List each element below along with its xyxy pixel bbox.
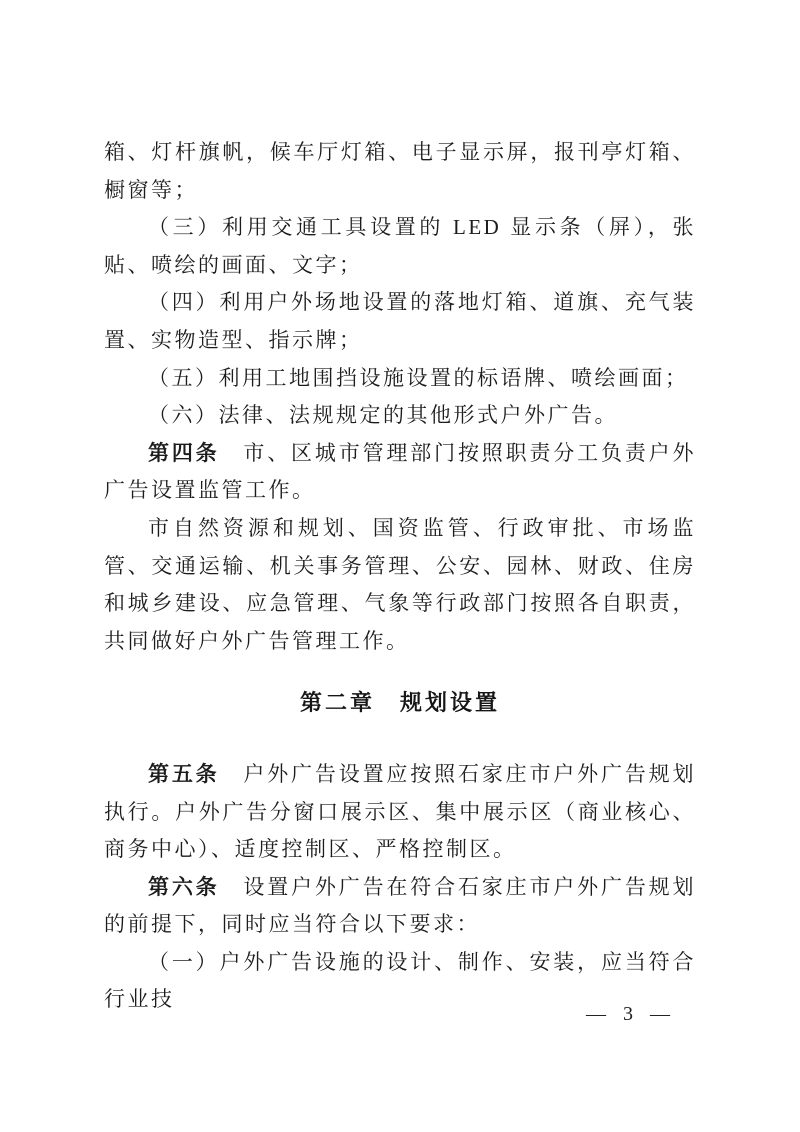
article-4-number: 第四条 (148, 442, 220, 465)
paragraph-continuation: 箱、灯杆旗帆，候车厅灯箱、电子显示屏，报刊亭灯箱、橱窗等； (104, 134, 696, 209)
paragraph-article-4: 第四条 市、区城市管理部门按照职责分工负责户外广告设置监管工作。 (104, 435, 696, 510)
paragraph-article-6: 第六条 设置户外广告在符合石家庄市户外广告规划的前提下，同时应当符合以下要求： (104, 869, 696, 944)
paragraph-item-6: （六）法律、法规规定的其他形式户外广告。 (104, 397, 696, 435)
document-page: 箱、灯杆旗帆，候车厅灯箱、电子显示屏，报刊亭灯箱、橱窗等； （三）利用交通工具设… (0, 0, 800, 1132)
paragraph-article-5: 第五条 户外广告设置应按照石家庄市户外广告规划执行。户外广告分窗口展示区、集中展… (104, 756, 696, 869)
article-6-number: 第六条 (148, 876, 220, 899)
chapter-heading: 第二章 规划设置 (104, 684, 696, 722)
paragraph-departments: 市自然资源和规划、国资监管、行政审批、市场监管、交通运输、机关事务管理、公安、园… (104, 510, 696, 660)
article-5-number: 第五条 (148, 763, 220, 786)
paragraph-item-3: （三）利用交通工具设置的 LED 显示条（屏），张贴、喷绘的画面、文字； (104, 209, 696, 284)
document-body: 箱、灯杆旗帆，候车厅灯箱、电子显示屏，报刊亭灯箱、橱窗等； （三）利用交通工具设… (104, 134, 696, 1019)
page-number: — 3 — (0, 1003, 676, 1026)
paragraph-item-4: （四）利用户外场地设置的落地灯箱、道旗、充气装置、实物造型、指示牌； (104, 284, 696, 359)
paragraph-item-5: （五）利用工地围挡设施设置的标语牌、喷绘画面； (104, 360, 696, 398)
